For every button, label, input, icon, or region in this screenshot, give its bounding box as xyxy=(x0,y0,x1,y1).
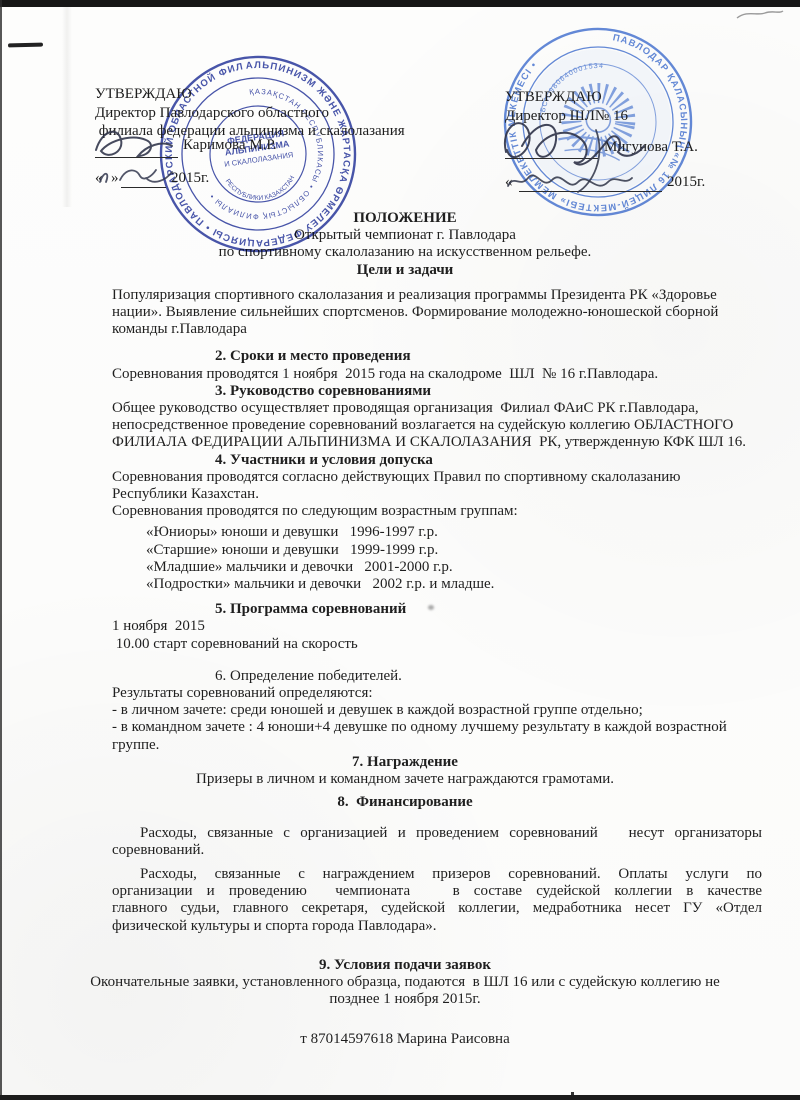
section5-text-line: 1 ноября 2015 xyxy=(112,618,762,635)
section4-text-line: Соревнования проводятся по следующим воз… xyxy=(112,503,762,520)
section8-p1-line: Расходы, связанные с организацией и пров… xyxy=(112,825,762,842)
section9-heading: 9. Условия подачи заявок xyxy=(45,957,765,974)
scan-edge-bottom xyxy=(0,1095,800,1100)
date-year: 2015г. xyxy=(667,174,705,191)
goals-text-line: команды г.Павлодара xyxy=(112,321,762,338)
pen-dash-mark xyxy=(8,43,43,48)
stamp-center-arc-text: РЕСПУБЛИКИ КАЗАХСТАН xyxy=(223,169,299,207)
section9-text-line: позднее 1 ноября 2015г. xyxy=(45,991,765,1008)
section8-p1-line: соревнований. xyxy=(112,842,762,859)
scan-edge-top xyxy=(0,0,800,7)
section6-text-line: - в личном зачете: среди юношей и девуше… xyxy=(112,702,762,719)
section3-text-line: Общее руководство осуществляет проводяща… xyxy=(112,400,762,417)
section8-p2-line: организации и проведению чемпионата в со… xyxy=(112,883,762,900)
section7-heading: 7. Награждение xyxy=(45,754,765,771)
section4-text-line: Соревнования проводятся согласно действу… xyxy=(112,469,762,486)
goals-heading: Цели и задачи xyxy=(45,262,765,279)
section6-text-line: группе. xyxy=(112,737,762,754)
contact-line: т 87014597618 Марина Раисовна xyxy=(45,1031,765,1048)
section7-text-line: Призеры в личном и командном зачете нагр… xyxy=(45,771,765,788)
section6-heading: 6. Определение победителей. xyxy=(215,668,762,685)
section4-heading: 4. Участники и условия допуска xyxy=(215,452,762,469)
section6-text-line: Результаты соревнований определяются: xyxy=(112,685,762,702)
section6-text-line: - в командном зачете : 4 юноши+4 девушке… xyxy=(112,719,762,736)
section2-text-line: Соревнования проводятся 1 ноября 2015 го… xyxy=(112,366,762,383)
goals-text-line: Популяризация спортивного скалолазания и… xyxy=(112,287,762,304)
age-group-line: «Юниоры» юноши и девушки 1996-1997 г.р. xyxy=(146,524,800,541)
age-group-line: «Старшие» юноши и девушки 1999-1999 г.р. xyxy=(146,542,800,559)
section3-heading: 3. Руководство соревнованиями xyxy=(215,383,762,400)
paper-crease xyxy=(62,7,72,207)
pencil-squiggle xyxy=(735,6,785,24)
approve-label: УТВЕРЖДАЮ xyxy=(95,85,435,104)
handwritten-date-left xyxy=(92,160,192,192)
section3-text-line: непосредственное проведение соревнований… xyxy=(112,417,762,434)
age-group-line: «Подростки» мальчики и девочки 2002 г.р.… xyxy=(146,576,800,593)
signature-left xyxy=(88,118,188,166)
signatory-name: Каримова М.Р. xyxy=(183,137,277,154)
goals-text-line: нации». Выявление сильнейших спортсменов… xyxy=(112,304,762,321)
section5-text-line: 10.00 старт соревнований на скорость xyxy=(112,636,762,653)
svg-text:РЕСПУБЛИКИ КАЗАХСТАН: РЕСПУБЛИКИ КАЗАХСТАН xyxy=(223,169,299,207)
section8-heading: 8. Финансирование xyxy=(45,794,765,811)
section3-text-line: ФИЛИАЛА ФЕДИРАЦИИ АЛЬПИНИЗМА И СКАЛОЛАЗА… xyxy=(112,434,762,451)
document-body: ПОЛОЖЕНИЕ Открытый чемпионат г. Павлодар… xyxy=(0,210,800,1049)
section5-heading: 5. Программа соревнований xyxy=(215,601,762,618)
handwritten-date-right xyxy=(500,162,650,196)
section8-p2-line: Расходы, связанные с награждением призер… xyxy=(112,866,762,883)
age-group-line: «Младшие» мальчики и девочки 2001-2000 г… xyxy=(146,559,800,576)
section8-p2-line: физической культуры и спорта города Павл… xyxy=(112,918,762,935)
doc-subtitle: по спортивному скалолазанию на искусстве… xyxy=(45,244,765,261)
section2-heading: 2. Сроки и место проведения xyxy=(215,348,762,365)
section8-p2-line: главного судьи, главного секретаря, суде… xyxy=(112,900,762,917)
section9-text-line: Окончательные заявки, установленного обр… xyxy=(45,974,765,991)
section4-text-line: Республики Казахстан. xyxy=(112,486,762,503)
scanned-page: АЛЬПИНИЗМ ЖӘНЕ ЖАРТАСҚА ӨРМЕЛЕУ ФЕДЕРАЦИ… xyxy=(0,0,800,1100)
scan-edge-left xyxy=(0,0,2,1100)
